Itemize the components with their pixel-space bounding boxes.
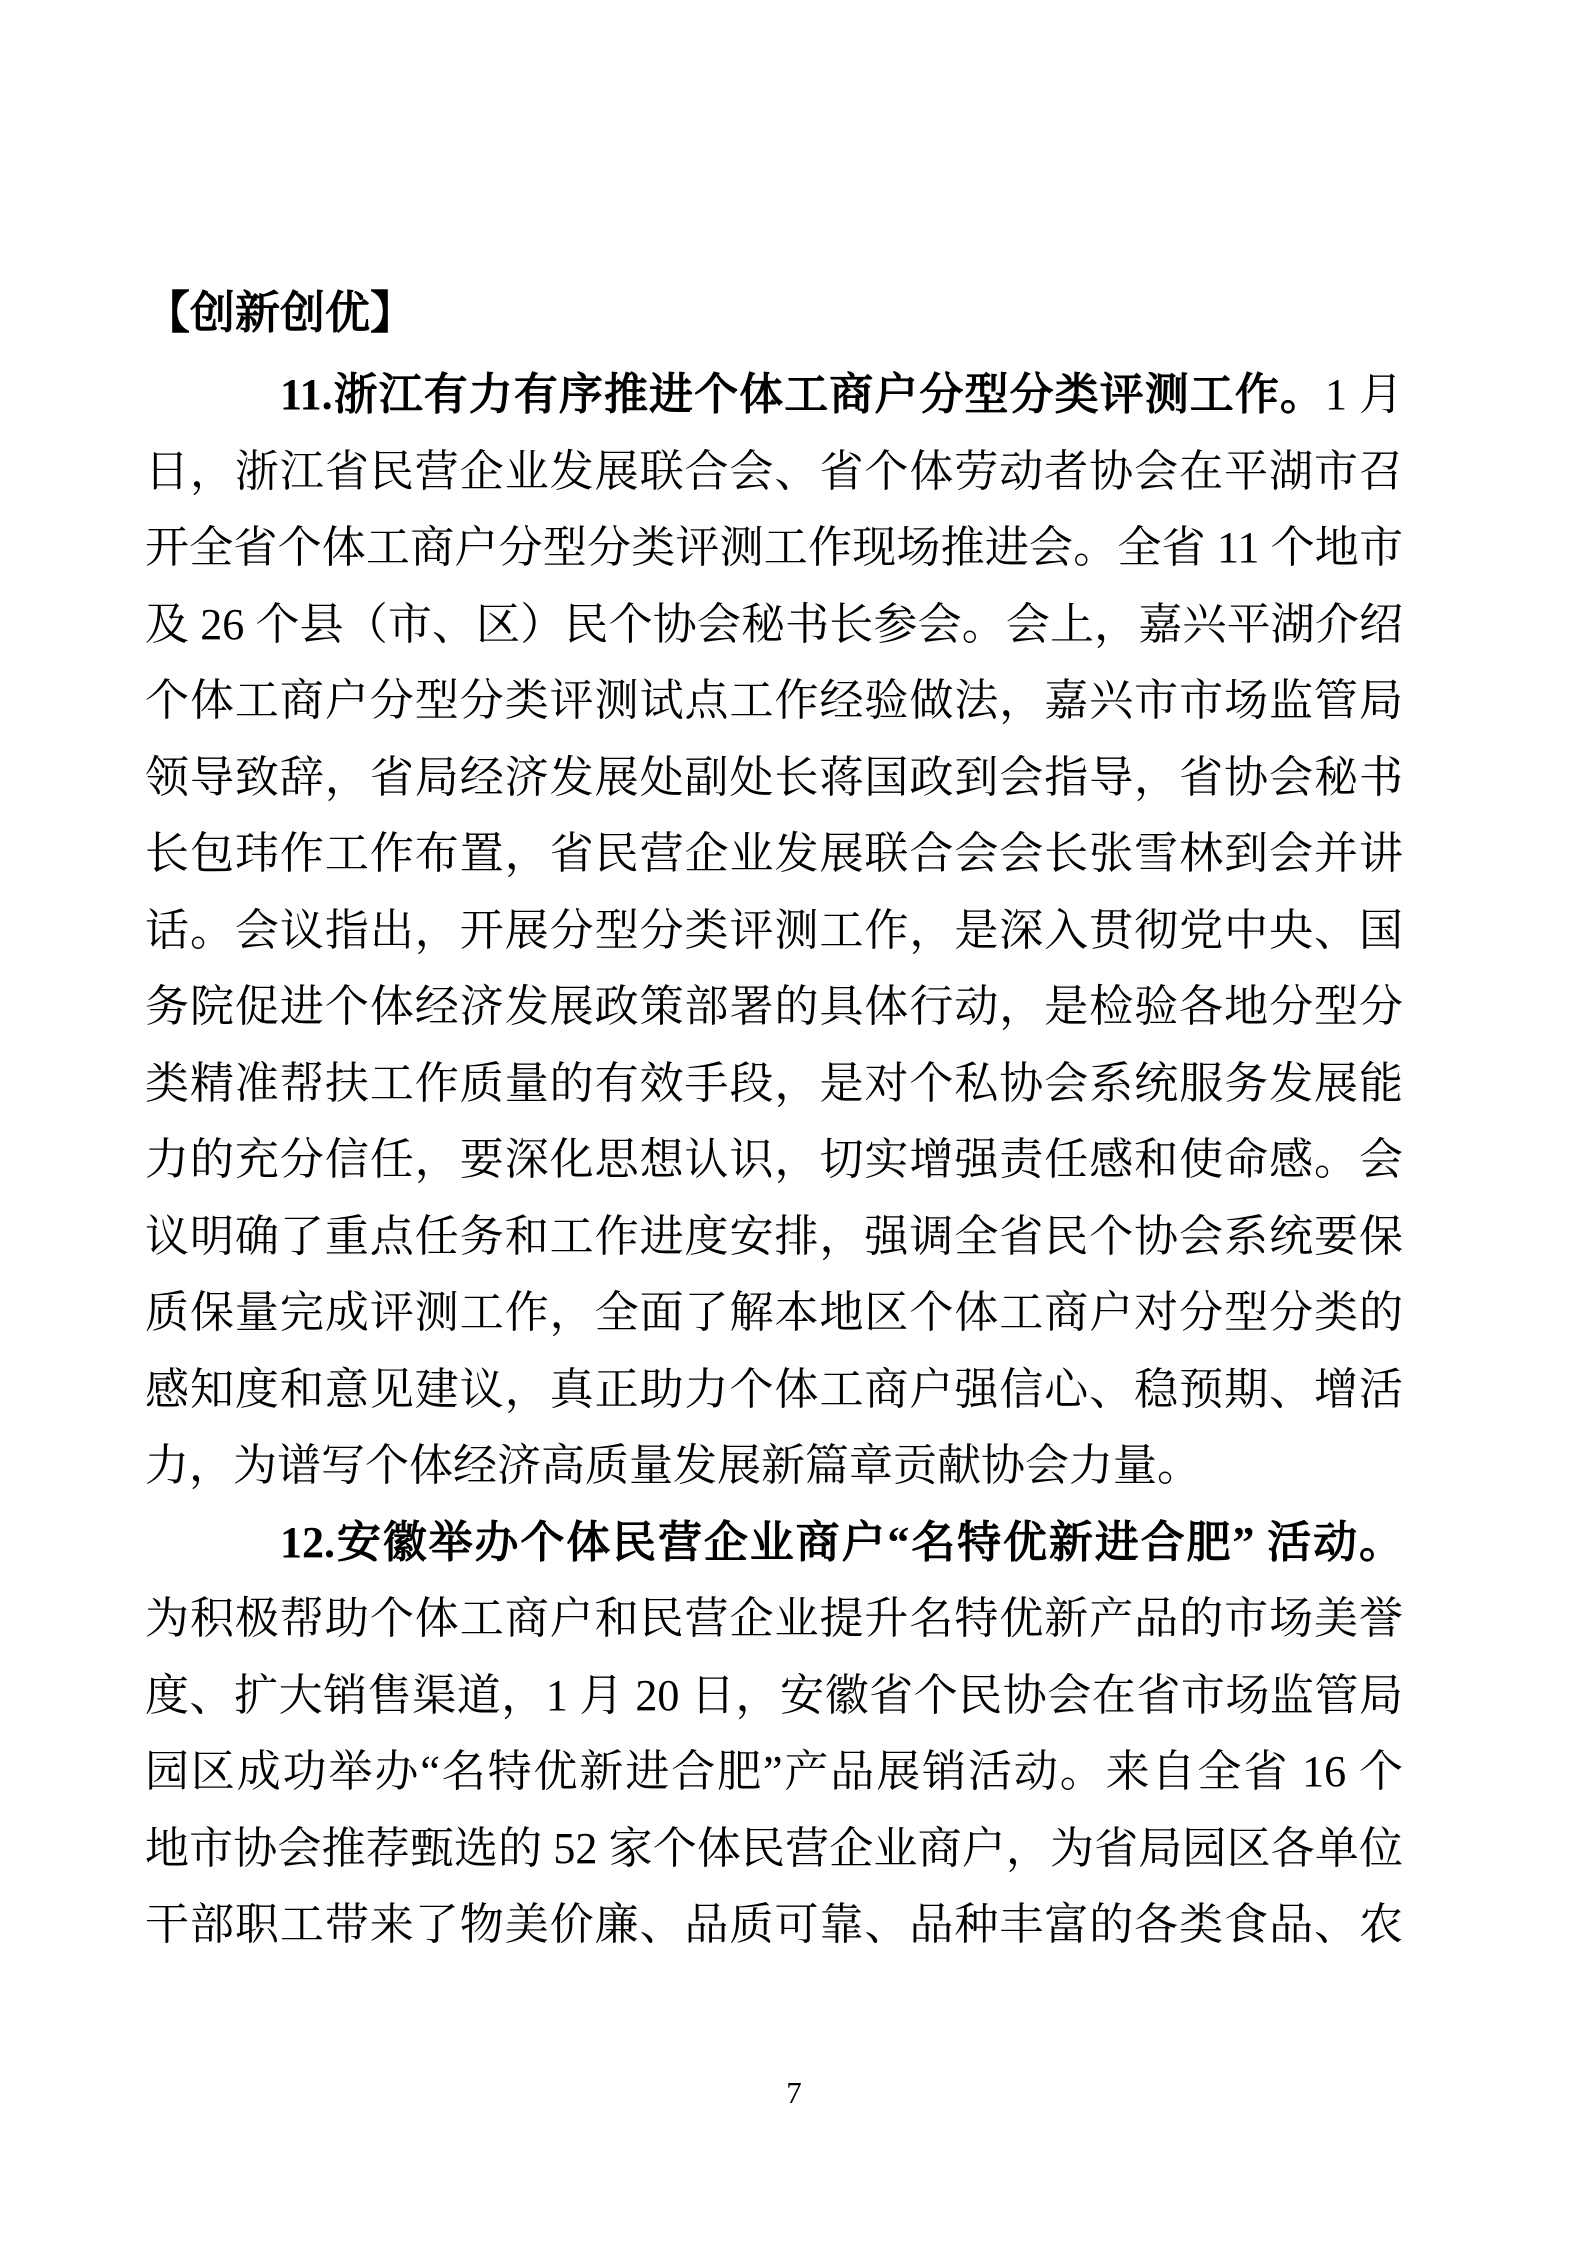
text-segment: 力，为谱写个体经济高质量发展新篇章贡献协会力量。 bbox=[145, 1441, 1201, 1490]
text-segment: 开全省个体工商户分型分类评测工作现场推进会。全省 11 个地市 bbox=[145, 523, 1403, 572]
text-segment: 感知度和意见建议，真正助力个体工商户强信心、稳预期、增活 bbox=[145, 1365, 1403, 1414]
document-body: 11.浙江有力有序推进个体工商户分型分类评测工作。1 月 14日，浙江省民营企业… bbox=[145, 357, 1403, 1964]
text-line: 为积极帮助个体工商户和民营企业提升名特优新产品的市场美誉 bbox=[145, 1581, 1403, 1658]
text-segment: 话。会议指出，开展分型分类评测工作，是深入贯彻党中央、国 bbox=[145, 906, 1403, 955]
text-line: 长包玮作工作布置，省民营企业发展联合会会长张雪林到会并讲 bbox=[145, 816, 1403, 893]
text-line: 园区成功举办“名特优新进合肥”产品展销活动。来自全省 16 个 bbox=[145, 1734, 1403, 1811]
text-segment: 类精准帮扶工作质量的有效手段，是对个私协会系统服务发展能 bbox=[145, 1059, 1403, 1108]
text-line: 话。会议指出，开展分型分类评测工作，是深入贯彻党中央、国 bbox=[145, 893, 1403, 970]
text-segment: 领导致辞，省局经济发展处副处长蒋国政到会指导，省协会秘书 bbox=[145, 753, 1403, 802]
text-segment: 议明确了重点任务和工作进度安排，强调全省民个协会系统要保 bbox=[145, 1212, 1403, 1261]
text-segment: 务院促进个体经济发展政策部署的具体行动，是检验各地分型分 bbox=[145, 982, 1403, 1031]
section-heading: 【创新创优】 bbox=[145, 288, 415, 338]
text-line: 感知度和意见建议，真正助力个体工商户强信心、稳预期、增活 bbox=[145, 1352, 1403, 1429]
text-segment: 为积极帮助个体工商户和民营企业提升名特优新产品的市场美誉 bbox=[145, 1594, 1403, 1643]
text-segment: 质保量完成评测工作，全面了解本地区个体工商户对分型分类的 bbox=[145, 1288, 1403, 1337]
text-line: 类精准帮扶工作质量的有效手段，是对个私协会系统服务发展能 bbox=[145, 1046, 1403, 1123]
text-line: 度、扩大销售渠道，1 月 20 日，安徽省个民协会在省市场监管局 bbox=[145, 1658, 1403, 1735]
text-line: 力，为谱写个体经济高质量发展新篇章贡献协会力量。 bbox=[145, 1428, 1403, 1505]
text-segment: 园区成功举办“名特优新进合肥”产品展销活动。来自全省 16 个 bbox=[145, 1747, 1403, 1796]
text-line: 11.浙江有力有序推进个体工商户分型分类评测工作。1 月 14 bbox=[145, 357, 1403, 434]
text-segment: 长包玮作工作布置，省民营企业发展联合会会长张雪林到会并讲 bbox=[145, 829, 1403, 878]
item-12-anhui: 12.安徽举办个体民营企业商户“名特优新进合肥” 活动。为积极帮助个体工商户和民… bbox=[145, 1505, 1403, 1964]
text-line: 领导致辞，省局经济发展处副处长蒋国政到会指导，省协会秘书 bbox=[145, 740, 1403, 817]
text-line: 日，浙江省民营企业发展联合会、省个体劳动者协会在平湖市召 bbox=[145, 434, 1403, 511]
text-line: 地市协会推荐甄选的 52 家个体民营企业商户，为省局园区各单位 bbox=[145, 1811, 1403, 1888]
bold-text-segment: 11.浙江有力有序推进个体工商户分型分类评测工作。 bbox=[280, 370, 1325, 419]
text-segment: 个体工商户分型分类评测试点工作经验做法，嘉兴市市场监管局 bbox=[145, 676, 1403, 725]
text-line: 个体工商户分型分类评测试点工作经验做法，嘉兴市市场监管局 bbox=[145, 663, 1403, 740]
text-segment: 及 26 个县（市、区）民个协会秘书长参会。会上，嘉兴平湖介绍 bbox=[145, 600, 1403, 649]
text-line: 及 26 个县（市、区）民个协会秘书长参会。会上，嘉兴平湖介绍 bbox=[145, 587, 1403, 664]
text-line: 12.安徽举办个体民营企业商户“名特优新进合肥” 活动。 bbox=[145, 1505, 1403, 1582]
text-line: 质保量完成评测工作，全面了解本地区个体工商户对分型分类的 bbox=[145, 1275, 1403, 1352]
text-line: 力的充分信任，要深化思想认识，切实增强责任感和使命感。会 bbox=[145, 1122, 1403, 1199]
text-line: 干部职工带来了物美价廉、品质可靠、品种丰富的各类食品、农 bbox=[145, 1887, 1403, 1964]
document-page: 【创新创优】 11.浙江有力有序推进个体工商户分型分类评测工作。1 月 14日，… bbox=[0, 0, 1588, 2245]
text-segment: 力的充分信任，要深化思想认识，切实增强责任感和使命感。会 bbox=[145, 1135, 1403, 1184]
text-line: 务院促进个体经济发展政策部署的具体行动，是检验各地分型分 bbox=[145, 969, 1403, 1046]
text-line: 开全省个体工商户分型分类评测工作现场推进会。全省 11 个地市 bbox=[145, 510, 1403, 587]
item-11-zhejiang: 11.浙江有力有序推进个体工商户分型分类评测工作。1 月 14日，浙江省民营企业… bbox=[145, 357, 1403, 1505]
page-number: 7 bbox=[0, 2076, 1588, 2110]
text-segment: 干部职工带来了物美价廉、品质可靠、品种丰富的各类食品、农 bbox=[145, 1900, 1403, 1949]
text-segment: 日，浙江省民营企业发展联合会、省个体劳动者协会在平湖市召 bbox=[145, 447, 1403, 496]
text-segment: 地市协会推荐甄选的 52 家个体民营企业商户，为省局园区各单位 bbox=[145, 1824, 1403, 1873]
text-line: 议明确了重点任务和工作进度安排，强调全省民个协会系统要保 bbox=[145, 1199, 1403, 1276]
bold-text-segment: 12.安徽举办个体民营企业商户“名特优新进合肥” 活动。 bbox=[280, 1518, 1403, 1567]
text-segment: 度、扩大销售渠道，1 月 20 日，安徽省个民协会在省市场监管局 bbox=[145, 1671, 1403, 1720]
